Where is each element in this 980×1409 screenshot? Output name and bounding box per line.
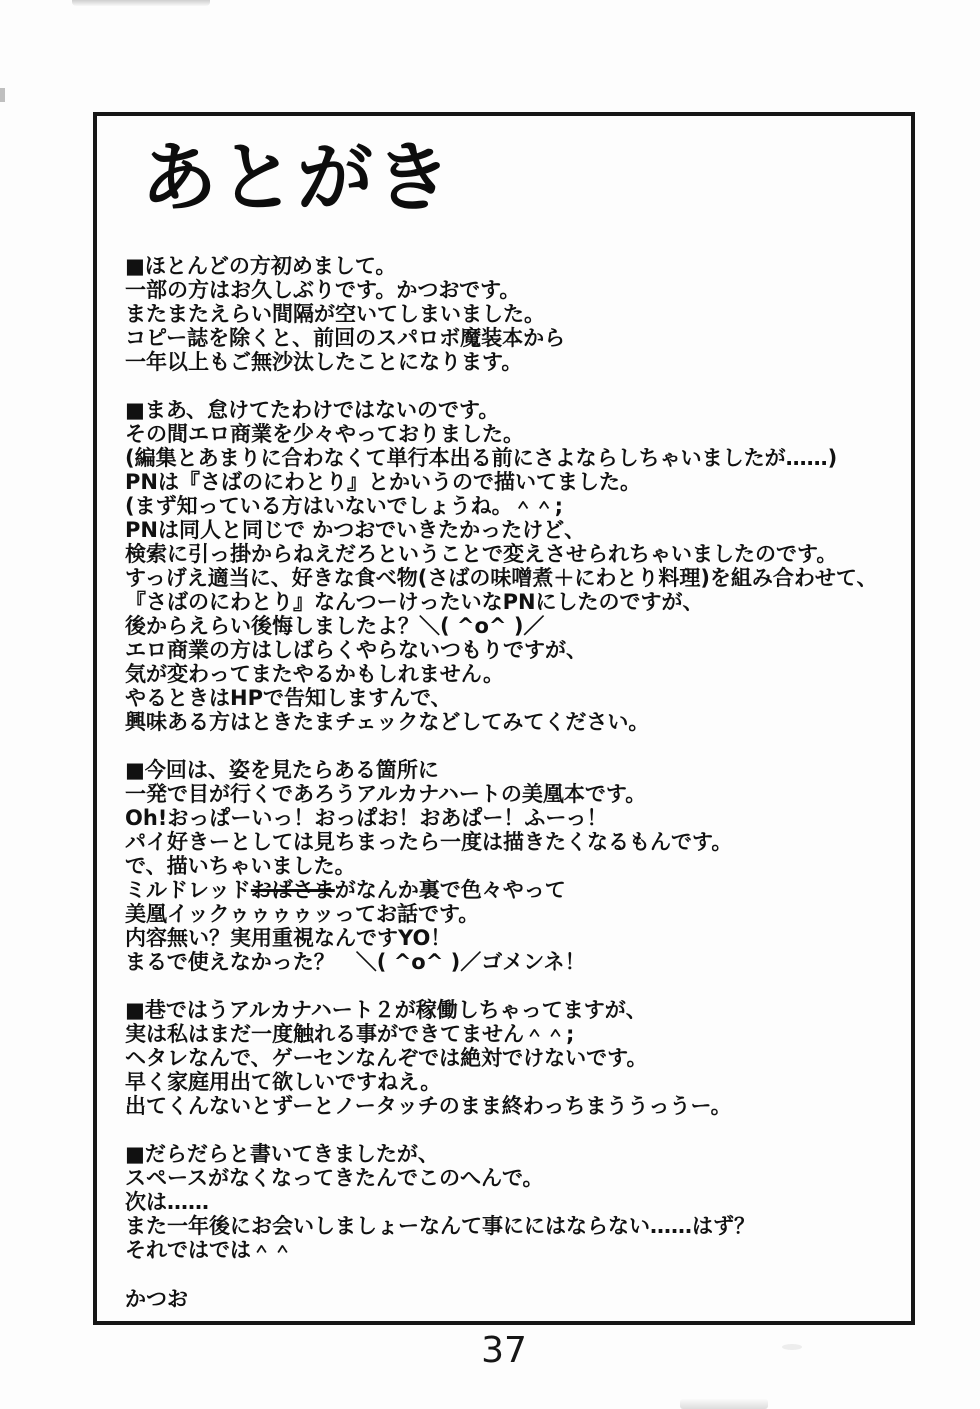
- afterword-line: コピー誌を除くと、前回のスパロボ魔装本から: [125, 326, 885, 350]
- afterword-paragraph: ■今回は、姿を見たらある箇所に一発で目が行くであろうアルカナハートの美凰本です。…: [125, 758, 885, 974]
- afterword-paragraph: ■だらだらと書いてきましたが、スペースがなくなってきたんでこのへんで。次は……ま…: [125, 1142, 885, 1262]
- struck-through-text: おばさま: [251, 878, 335, 902]
- afterword-line: まるで使えなかった？ ＼( ^o^ )／ゴメンネ！: [125, 950, 885, 974]
- line-text: がなんか裏で色々やって: [335, 878, 566, 902]
- afterword-line: スペースがなくなってきたんでこのへんで。: [125, 1166, 885, 1190]
- afterword-paragraph: ■巷ではうアルカナハート２が稼働しちゃってますが、実は私はまだ一度触れる事ができ…: [125, 998, 885, 1118]
- afterword-line: 出てくんないとずーとノータッチのまま終わっちまううっうー。: [125, 1094, 885, 1118]
- afterword-line: 次は……: [125, 1190, 885, 1214]
- afterword-line: ■ほとんどの方初めまして。: [125, 254, 885, 278]
- author-signature: かつお: [125, 1288, 911, 1312]
- afterword-line: 検索に引っ掛からねえだろということで変えさせられちゃいましたのです。: [125, 542, 885, 566]
- afterword-line: で、描いちゃいました。: [125, 854, 885, 878]
- scan-smudge-left-edge: [0, 88, 5, 102]
- afterword-paragraph: ■まあ、怠けてたわけではないのです。その間エロ商業を少々やっておりました。(編集…: [125, 398, 885, 734]
- afterword-line: ミルドレッドおばさまがなんか裏で色々やって: [125, 878, 885, 902]
- line-text: ミルドレッド: [125, 878, 251, 902]
- afterword-line: 興味ある方はときたまチェックなどしてみてください。: [125, 710, 885, 734]
- afterword-line: ■今回は、姿を見たらある箇所に: [125, 758, 885, 782]
- afterword-line: 『さばのにわとり』なんつーけったいなPNにしたのですが、: [125, 590, 885, 614]
- afterword-line: またまたえらい間隔が空いてしまいました。: [125, 302, 885, 326]
- afterword-line: 一発で目が行くであろうアルカナハートの美凰本です。: [125, 782, 885, 806]
- afterword-line: ■巷ではうアルカナハート２が稼働しちゃってますが、: [125, 998, 885, 1022]
- afterword-frame: あとがき ■ほとんどの方初めまして。一部の方はお久しぶりです。かつおです。またま…: [93, 112, 915, 1325]
- page-title: あとがき: [141, 140, 911, 216]
- afterword-line: (編集とあまりに合わなくて単行本出る前にさよならしちゃいましたが……): [125, 446, 885, 470]
- afterword-line: (まず知っている方はいないでしょうね。＾＾;: [125, 494, 885, 518]
- afterword-line: ヘタレなんで、ゲーセンなんぞでは絶対でけないです。: [125, 1046, 885, 1070]
- afterword-line: 美凰イックゥゥゥゥッってお話です。: [125, 902, 885, 926]
- afterword-line: 内容無い？実用重視なんですYO！: [125, 926, 885, 950]
- afterword-line: PNは『さばのにわとり』とかいうので描いてました。: [125, 470, 885, 494]
- scan-smudge-bottom: [680, 1399, 768, 1409]
- afterword-line: ■まあ、怠けてたわけではないのです。: [125, 398, 885, 422]
- afterword-line: 一部の方はお久しぶりです。かつおです。: [125, 278, 885, 302]
- afterword-line: 後からえらい後悔しましたよ？＼( ^o^ )／: [125, 614, 885, 638]
- afterword-line: エロ商業の方はしばらくやらないつもりですが、: [125, 638, 885, 662]
- afterword-line: 実は私はまだ一度触れる事ができてません＾＾;: [125, 1022, 885, 1046]
- page-number: 37: [93, 1332, 915, 1370]
- afterword-line: やるときはHPで告知しますんで、: [125, 686, 885, 710]
- afterword-line: 一年以上もご無沙汰したことになります。: [125, 350, 885, 374]
- scanned-afterword-page: あとがき ■ほとんどの方初めまして。一部の方はお久しぶりです。かつおです。またま…: [0, 0, 980, 1409]
- afterword-line: PNは同人と同じで かつおでいきたかったけど、: [125, 518, 885, 542]
- afterword-line: すっげえ適当に、好きな食べ物(さばの味噌煮＋にわとり料理)を組み合わせて、: [125, 566, 885, 590]
- afterword-line: それではでは＾＾: [125, 1238, 885, 1262]
- afterword-line: 気が変わってまたやるかもしれません。: [125, 662, 885, 686]
- afterword-line: その間エロ商業を少々やっておりました。: [125, 422, 885, 446]
- afterword-line: パイ好きーとしては見ちまったら一度は描きたくなるもんです。: [125, 830, 885, 854]
- scan-smudge-top: [72, 0, 210, 6]
- afterword-body: ■ほとんどの方初めまして。一部の方はお久しぶりです。かつおです。またまたえらい間…: [125, 254, 885, 1262]
- afterword-line: また一年後にお会いしましょーなんて事ににはならない……はず？: [125, 1214, 885, 1238]
- afterword-line: ■だらだらと書いてきましたが、: [125, 1142, 885, 1166]
- afterword-line: Oh!おっぱーいっ！おっぱお！おあぱー！ふーっ！: [125, 806, 885, 830]
- afterword-line: 早く家庭用出て欲しいですねえ。: [125, 1070, 885, 1094]
- afterword-paragraph: ■ほとんどの方初めまして。一部の方はお久しぶりです。かつおです。またまたえらい間…: [125, 254, 885, 374]
